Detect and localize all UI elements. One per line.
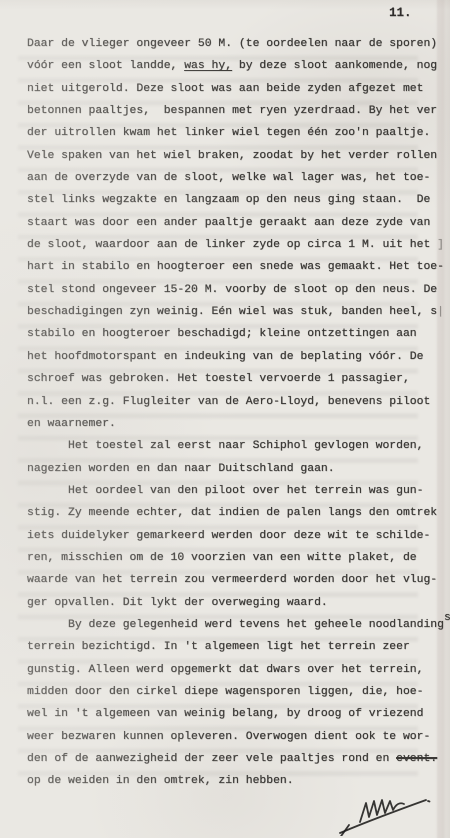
text-segment: gunstig. Alleen werd opgemerkt dat dwars…	[27, 664, 423, 676]
text-segment: stabilo en hoogteroer beschadigd; kleine…	[27, 328, 417, 340]
text-segment: op de weiden in den omtrek, zin hebben.	[27, 775, 294, 787]
text-segment: staart was door een ander paaltje geraak…	[27, 217, 430, 229]
text-line: nagezien worden en dan naar Duitschland …	[27, 458, 443, 480]
text-segment: Daar de vlieger ongeveer 50 M. (te oorde…	[27, 38, 437, 50]
text-segment: s	[444, 612, 450, 624]
text-segment: niet uitgerold. Deze sloot was aan beide…	[27, 83, 423, 95]
text-line: midden door den cirkel diepe wagensporen…	[27, 681, 443, 703]
text-segment: weer bezwaren kunnen opleveren. Overwoge…	[27, 731, 430, 743]
text-line: Daar de vlieger ongeveer 50 M. (te oorde…	[27, 33, 443, 55]
text-segment: iets duidelyker gemarkeerd werden door d…	[27, 530, 430, 542]
text-segment: stig. Zy meende echter, dat indien de pa…	[27, 507, 437, 519]
text-line: ger opvallen. Dit lykt der overweging wa…	[27, 592, 443, 614]
text-segment: waarde van het terrein zou vermeerderd w…	[27, 574, 437, 586]
text-segment: ]	[437, 239, 444, 251]
text-segment: event.	[396, 753, 437, 765]
scanned-typewritten-page: 11. Daar de vlieger ongeveer 50 M. (te o…	[0, 0, 450, 838]
text-segment: de sloot, waardoor aan de linker zyde op…	[27, 239, 437, 251]
text-line: staart was door een ander paaltje geraak…	[27, 212, 443, 234]
paragraph: Het toestel zal eerst naar Schiphol gevl…	[27, 435, 443, 480]
text-line: wel in 't algemeen van weinig belang, by…	[27, 703, 443, 725]
text-segment: Het toestel zal eerst naar Schiphol gevl…	[27, 440, 423, 452]
text-line: Het toestel zal eerst naar Schiphol gevl…	[27, 435, 443, 457]
text-line: het hoofdmotorspant en indeuking van de …	[27, 346, 443, 368]
text-line: gunstig. Alleen werd opgemerkt dat dwars…	[27, 659, 443, 681]
text-line: n.l. een z.g. Flugleiter van de Aero-Llo…	[27, 391, 443, 413]
text-line: der uitrollen kwam het linker wiel tegen…	[27, 122, 443, 144]
text-segment: betonnen paaltjes, bespannen met ryen yz…	[27, 105, 437, 117]
text-line: ren, misschien om de 10 voorzien van een…	[27, 547, 443, 569]
text-line: en waarnemer.	[27, 413, 443, 435]
text-line: beschadigingen zyn weinig. Eén wiel was …	[27, 301, 443, 323]
signature-dot	[428, 801, 430, 802]
text-segment: der uitrollen kwam het linker wiel tegen…	[27, 127, 430, 139]
text-segment: stel stond ongeveer 15-20 M. voorby de s…	[27, 284, 437, 296]
text-segment: nagezien worden en dan naar Duitschland …	[27, 463, 335, 475]
text-segment: Het oordeel van den piloot over het terr…	[27, 485, 423, 497]
text-segment: terrein bezichtigd. In 't algemeen ligt …	[27, 641, 410, 653]
text-segment: ren, misschien om de 10 voorzien van een…	[27, 552, 417, 564]
document-body: Daar de vlieger ongeveer 50 M. (te oorde…	[27, 33, 443, 793]
text-segment: |	[437, 306, 444, 318]
text-line: terrein bezichtigd. In 't algemeen ligt …	[27, 636, 443, 658]
paragraph: Het oordeel van den piloot over het terr…	[27, 480, 443, 614]
handwritten-initials-scribble-icon	[336, 778, 438, 836]
text-line: stel links wegzakte en langzaam op den n…	[27, 189, 443, 211]
text-line: stel stond ongeveer 15-20 M. voorby de s…	[27, 279, 443, 301]
paragraph: By deze gelegenheid werd tevens het gehe…	[27, 614, 443, 793]
text-segment: stel links wegzakte en langzaam op den n…	[27, 194, 430, 206]
text-segment: vóór een sloot landde,	[27, 60, 184, 72]
text-line: stabilo en hoogteroer beschadigd; kleine…	[27, 323, 443, 345]
text-line: niet uitgerold. Deze sloot was aan beide…	[27, 78, 443, 100]
text-line: Het oordeel van den piloot over het terr…	[27, 480, 443, 502]
text-segment: ger opvallen. Dit lykt der overweging wa…	[27, 597, 328, 609]
text-segment: midden door den cirkel diepe wagensporen…	[27, 686, 423, 698]
text-segment: by deze sloot aankomende, nog	[232, 60, 437, 72]
text-segment: By deze gelegenheid werd tevens het gehe…	[27, 619, 444, 631]
text-line: vóór een sloot landde, was hy, by deze s…	[27, 55, 443, 77]
text-line: weer bezwaren kunnen opleveren. Overwoge…	[27, 726, 443, 748]
text-line: By deze gelegenheid werd tevens het gehe…	[27, 614, 443, 636]
text-line: betonnen paaltjes, bespannen met ryen yz…	[27, 100, 443, 122]
text-line: iets duidelyker gemarkeerd werden door d…	[27, 525, 443, 547]
text-segment: wel in 't algemeen van weinig belang, by…	[27, 708, 423, 720]
text-line: hart in stabilo en hoogteroer een snede …	[27, 256, 443, 278]
text-segment: was hy,	[184, 60, 232, 72]
text-segment: hart in stabilo en hoogteroer een snede …	[27, 261, 444, 273]
text-segment: het hoofdmotorspant en indeuking van de …	[27, 351, 423, 363]
text-segment: aan de overzyde van de sloot, welke wal …	[27, 172, 430, 184]
text-line: den of de aanwezigheid der zeer vele paa…	[27, 748, 443, 770]
text-line: aan de overzyde van de sloot, welke wal …	[27, 167, 443, 189]
text-segment: en waarnemer.	[27, 418, 116, 430]
text-segment: den of de aanwezigheid der zeer vele paa…	[27, 753, 396, 765]
text-line: waarde van het terrein zou vermeerderd w…	[27, 569, 443, 591]
text-segment: n.l. een z.g. Flugleiter van de Aero-Llo…	[27, 396, 430, 408]
text-segment: schroef was gebroken. Het toestel vervoe…	[27, 373, 410, 385]
text-line: Vele spaken van het wiel braken, zoodat …	[27, 145, 443, 167]
text-line: de sloot, waardoor aan de linker zyde op…	[27, 234, 443, 256]
paragraph: Daar de vlieger ongeveer 50 M. (te oorde…	[27, 33, 443, 435]
text-line: stig. Zy meende echter, dat indien de pa…	[27, 502, 443, 524]
text-segment: beschadigingen zyn weinig. Eén wiel was …	[27, 306, 437, 318]
text-line: schroef was gebroken. Het toestel vervoe…	[27, 368, 443, 390]
page-number: 11.	[389, 6, 412, 20]
text-segment: Vele spaken van het wiel braken, zoodat …	[27, 150, 437, 162]
